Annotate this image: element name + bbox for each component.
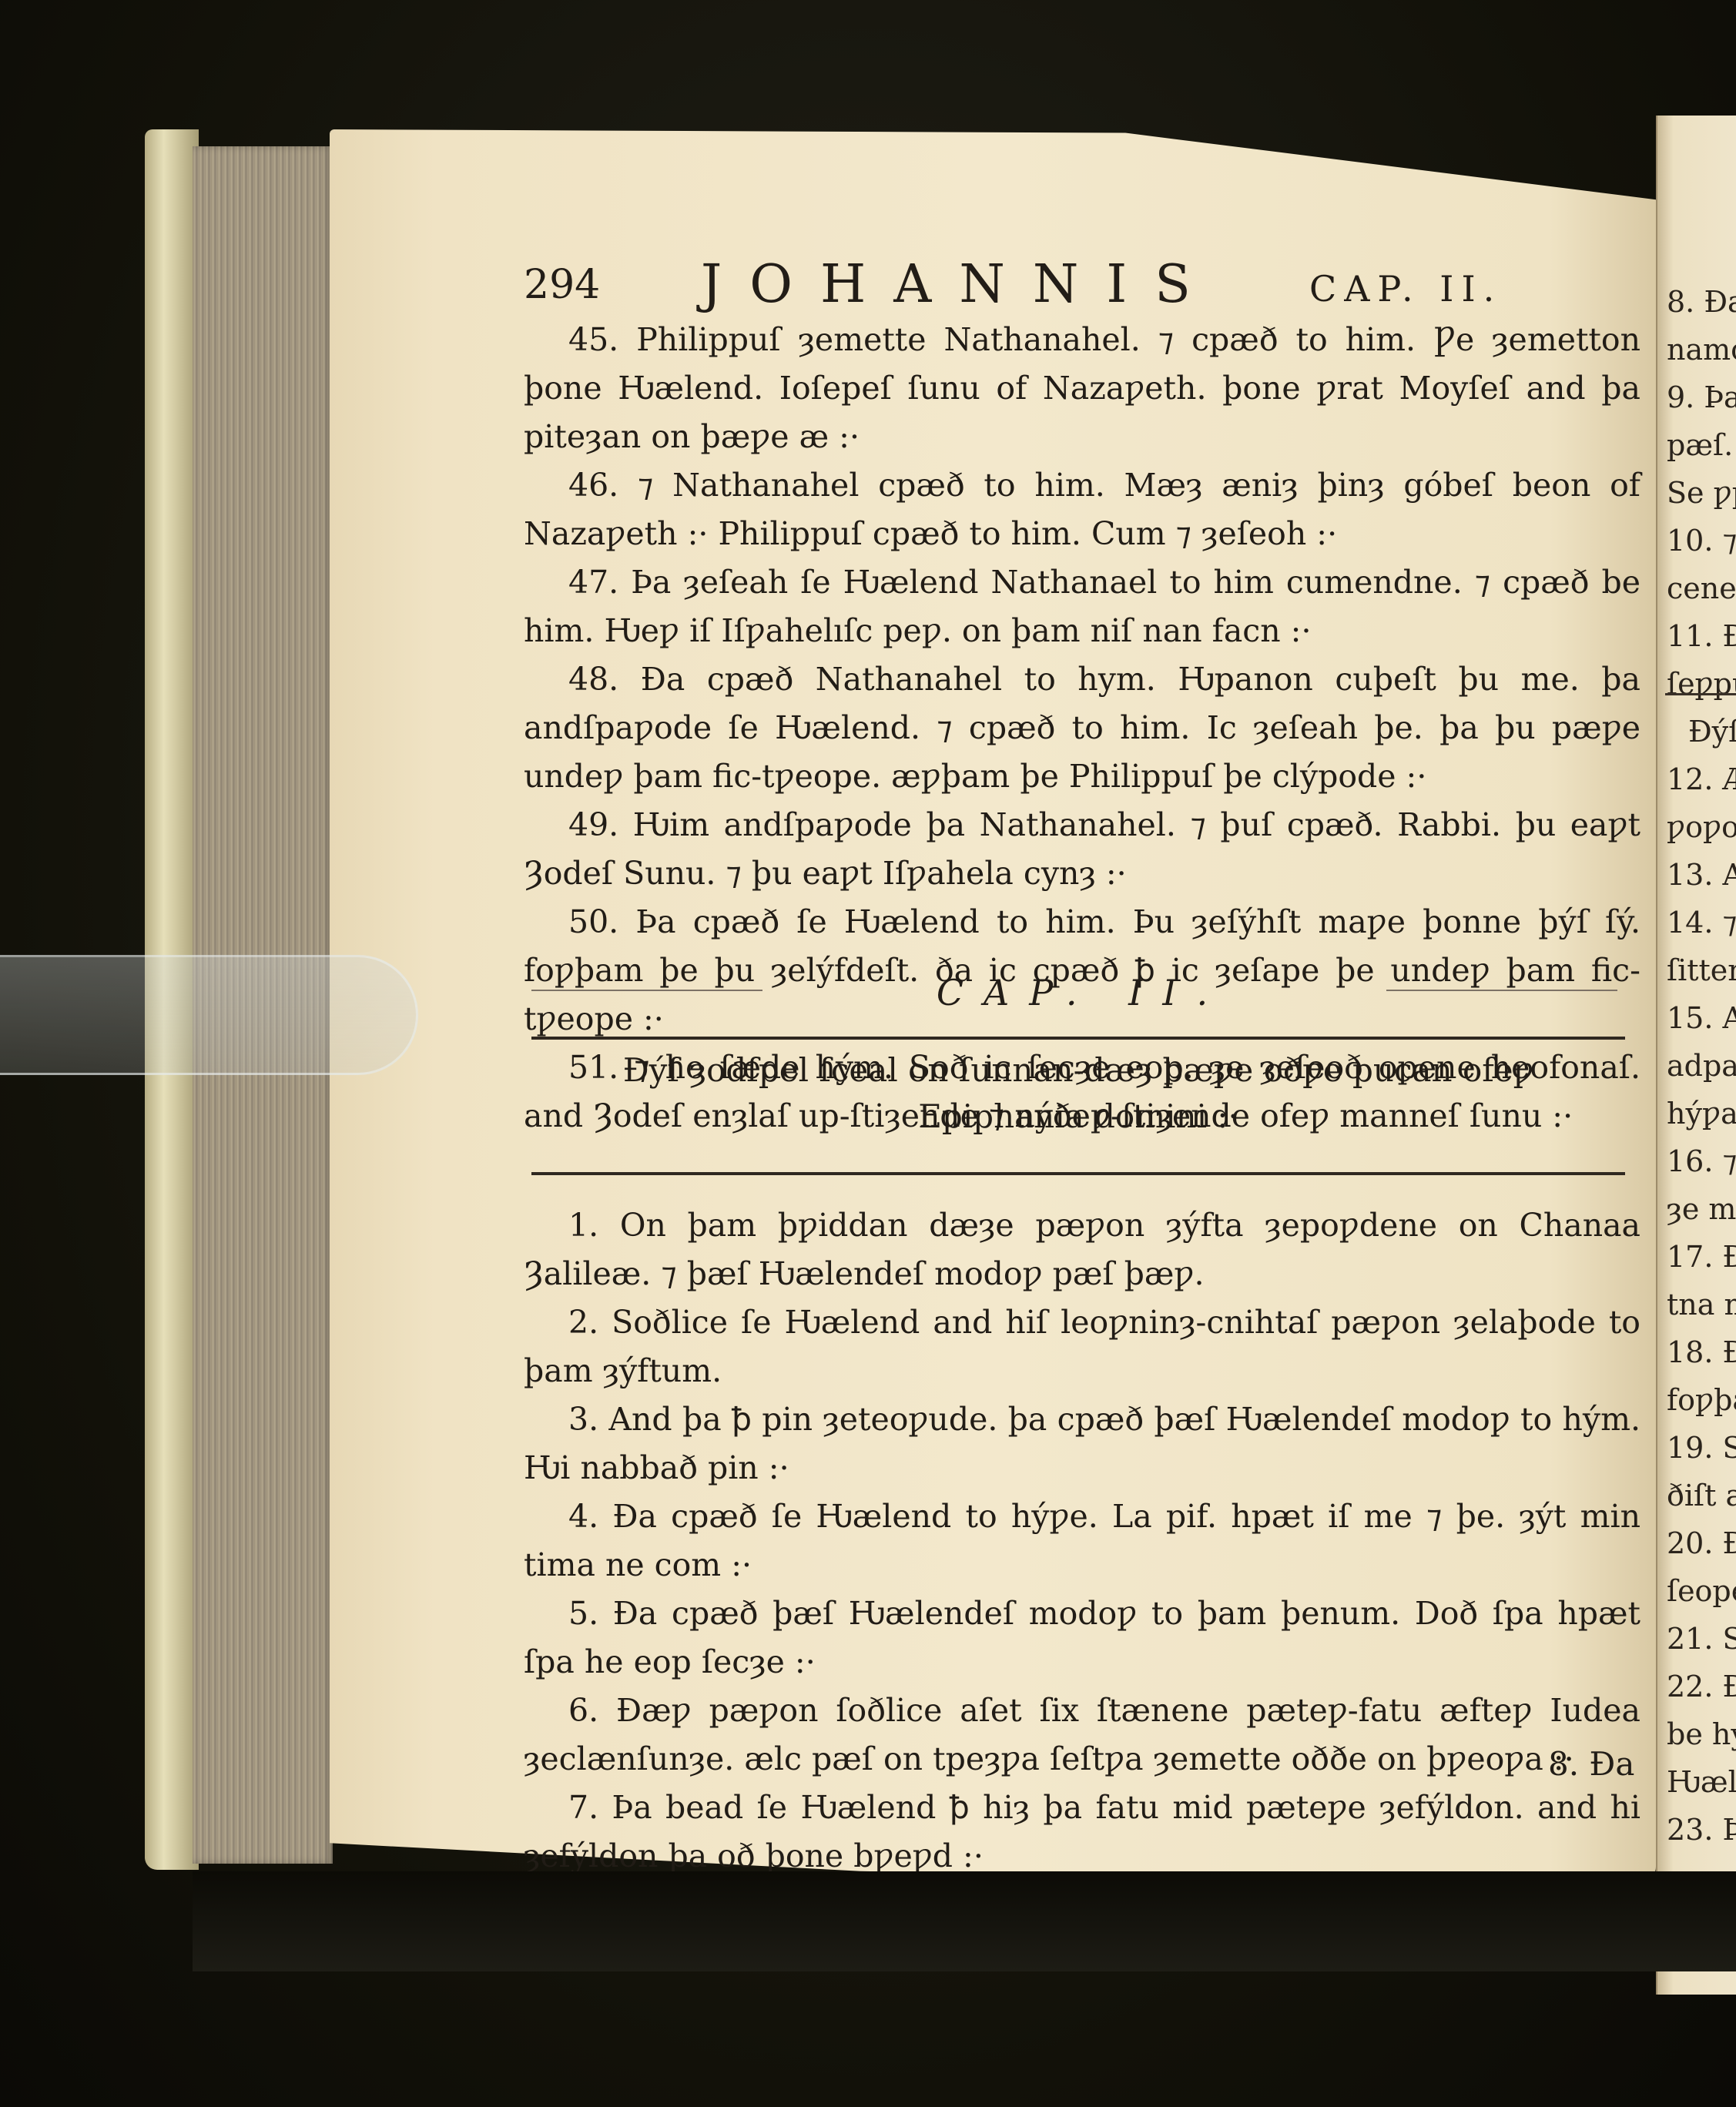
verse-text: Philippuſ ȝemette Nathanahel. ⁊ cpæð to … xyxy=(524,321,1640,455)
verse-number: 6. xyxy=(568,1692,598,1729)
facing-page-line: cene beoð. xyxy=(1667,571,1736,605)
verse-text: Ƕim andſpaƿode þa Nathanahel. ⁊ þuſ cpæð… xyxy=(524,806,1640,892)
heading-rule-top xyxy=(531,1037,1625,1040)
verse: 3. And þa ꝥ pin ȝeteoƿude. þa cpæð þæſ Ƕ… xyxy=(524,1395,1640,1492)
facing-page-fragment: 8. Ða cpnamon :·9. Þa ſepæſ. he nýſSe ƿp… xyxy=(1656,116,1736,1995)
facing-page-line: adpaſ. ȝe ſ xyxy=(1667,1049,1736,1083)
verse-text: Þa bead ſe Ƕælend ꝥ hiȝ þa fatu mid pæte… xyxy=(524,1789,1640,1874)
verse: 50. Þa cpæð ſe Ƕælend to him. Þu ȝeſýhſt… xyxy=(524,898,1640,1043)
facing-page-line: 17. Ða ȝ xyxy=(1667,1240,1736,1274)
verse-text: Ða cpæð Nathanahel to hym. Ƕpanon cuþeſt… xyxy=(524,661,1640,795)
page-holder-clip xyxy=(0,955,418,1075)
facing-page-line: namon :· xyxy=(1667,333,1736,367)
verse-number: 46. xyxy=(568,467,618,504)
verse: 7. Þa bead ſe Ƕælend ꝥ hiȝ þa fatu mid p… xyxy=(524,1784,1640,1881)
facing-page-line: 15. And xyxy=(1667,1001,1736,1035)
lesson-title-line: Ðýſ ȝodſpel ſceal on ſunnan-dæȝ þæƿe oðƿ… xyxy=(531,1047,1625,1094)
verse-text: On þam þƿiddan dæȝe pæƿon ȝýfta ȝepoƿden… xyxy=(524,1207,1640,1292)
facing-page-line: Ðýſ xyxy=(1688,715,1736,749)
facing-page-line: Se ƿpihte-e xyxy=(1667,476,1736,510)
verse: 5. Ða cpæð þæſ Ƕælendeſ modoƿ to þam þen… xyxy=(524,1589,1640,1687)
verse: 4. Ða cpæð ſe Ƕælend to hýƿe. La pif. hp… xyxy=(524,1492,1640,1589)
verse-text: Ðæƿ pæƿon ſoðlice aſet ſix ſtænene pæteƿ… xyxy=(524,1692,1640,1777)
facing-page-line: 10. ⁊ cp xyxy=(1667,524,1736,558)
page-number: 294 xyxy=(524,262,600,308)
facing-page-line: 18. Ða a xyxy=(1667,1335,1736,1369)
facing-page-line: ðiſt aƿæƿ xyxy=(1667,1479,1736,1512)
verse-text: ⁊ Nathanahel cpæð to him. Mæȝ æniȝ þinȝ … xyxy=(524,467,1640,552)
chapter-text: 1. On þam þƿiddan dæȝe pæƿon ȝýfta ȝepoƿ… xyxy=(524,1201,1640,1881)
facing-page-line: 13. An xyxy=(1667,858,1736,892)
facing-page-line: be hým ſýl xyxy=(1667,1717,1736,1751)
verse-text: Soðlice ſe Ƕælend and hiſ leoƿninȝ-cniht… xyxy=(524,1304,1640,1389)
verse-number: 49. xyxy=(568,806,618,843)
verse-number: 7. xyxy=(568,1789,598,1826)
facing-page-line: 11. Ðiſ xyxy=(1667,619,1736,653)
facing-page-line: 19. Se Ƕ xyxy=(1667,1431,1736,1465)
verse-number: 50. xyxy=(568,903,618,940)
facing-page-line: ſeopeƿtiȝon xyxy=(1667,1574,1736,1608)
chapter-heading: CAP. II. xyxy=(524,972,1640,1013)
verse: 46. ⁊ Nathanahel cpæð to him. Mæȝ æniȝ þ… xyxy=(524,461,1640,558)
running-head: 294 JOHANNIS CAP. II. xyxy=(524,254,1679,323)
chapter-reference: CAP. II. xyxy=(1309,268,1502,310)
facing-page-line: ſeƿputelode xyxy=(1667,667,1736,701)
facing-page-line: 23. Þa xyxy=(1667,1813,1736,1847)
verse: 6. Ðæƿ pæƿon ſoðlice aſet ſix ſtænene pæ… xyxy=(524,1687,1640,1784)
verse-number: 4. xyxy=(568,1498,598,1535)
facing-page-line: ȝe mineſ Fæ xyxy=(1667,1192,1736,1226)
facing-page-line: ſittende m xyxy=(1667,953,1736,987)
verse-text: Ða cpæð þæſ Ƕælendeſ modoƿ to þam þenum.… xyxy=(524,1595,1640,1680)
verse: 48. Ða cpæð Nathanahel to hym. Ƕpanon cu… xyxy=(524,655,1640,801)
facing-page-line: tna me et : xyxy=(1667,1288,1736,1321)
facing-page-line: ƿoƿon to xyxy=(1667,810,1736,844)
facing-page-line: hýƿa mýſan xyxy=(1667,1097,1736,1131)
lesson-title: Ðýſ ȝodſpel ſceal on ſunnan-dæȝ þæƿe oðƿ… xyxy=(531,1047,1625,1140)
verse: 47. Þa ȝeſeah ſe Ƕælend Nathanael to him… xyxy=(524,558,1640,655)
facing-page-line: foƿþam xyxy=(1667,1383,1736,1417)
verse-text: Ða cpæð ſe Ƕælend to hýƿe. La pif. hpæt … xyxy=(524,1498,1640,1583)
verse: 1. On þam þƿiddan dæȝe pæƿon ȝýfta ȝepoƿ… xyxy=(524,1201,1640,1298)
verse-text: Þa cpæð ſe Ƕælend to him. Þu ȝeſýhſt maƿ… xyxy=(524,903,1640,1037)
catchword: 8. Ða xyxy=(1548,1745,1634,1783)
facing-page-line: 16. ⁊ ſæ xyxy=(1667,1144,1736,1178)
verse-number: 3. xyxy=(568,1401,598,1438)
verse-number: 1. xyxy=(568,1207,598,1244)
facing-page-line: Ƕælend ſpƿ xyxy=(1667,1765,1736,1799)
verse: 49. Ƕim andſpaƿode þa Nathanahel. ⁊ þuſ … xyxy=(524,801,1640,898)
verse: 45. Philippuſ ȝemette Nathanahel. ⁊ cpæð… xyxy=(524,316,1640,461)
verse: 2. Soðlice ſe Ƕælend and hiſ leoƿninȝ-cn… xyxy=(524,1298,1640,1395)
verse-number: 45. xyxy=(568,321,618,358)
verse-number: 2. xyxy=(568,1304,598,1341)
lesson-title-line: Epiphania domini :· xyxy=(531,1094,1625,1140)
facing-page-line: 21. Soð xyxy=(1667,1622,1736,1656)
facing-page-line: 14. ⁊ ȝ xyxy=(1667,906,1736,940)
verse-text: And þa ꝥ pin ȝeteoƿude. þa cpæð þæſ Ƕæle… xyxy=(524,1401,1640,1486)
book-shadow xyxy=(193,1871,1736,1971)
facing-page-line: 9. Þa ſe xyxy=(1667,380,1736,414)
verse-number: 47. xyxy=(568,564,618,601)
facing-page-line: pæſ. he nýſ xyxy=(1667,428,1736,462)
book-title: JOHANNIS xyxy=(701,254,1218,315)
verse-number: 48. xyxy=(568,661,618,698)
facing-page-line: 20. Ða I xyxy=(1667,1526,1736,1560)
verse-text: Þa ȝeſeah ſe Ƕælend Nathanael to him cum… xyxy=(524,564,1640,649)
verse-number: 5. xyxy=(568,1595,598,1632)
facing-page-line: 22. Ða xyxy=(1667,1670,1736,1703)
facing-page-rule xyxy=(1665,693,1736,695)
previous-chapter-text: 45. Philippuſ ȝemette Nathanahel. ⁊ cpæð… xyxy=(524,316,1640,1141)
facing-page-line: 12. Æ xyxy=(1667,762,1736,796)
heading-rule-bottom xyxy=(531,1172,1625,1175)
